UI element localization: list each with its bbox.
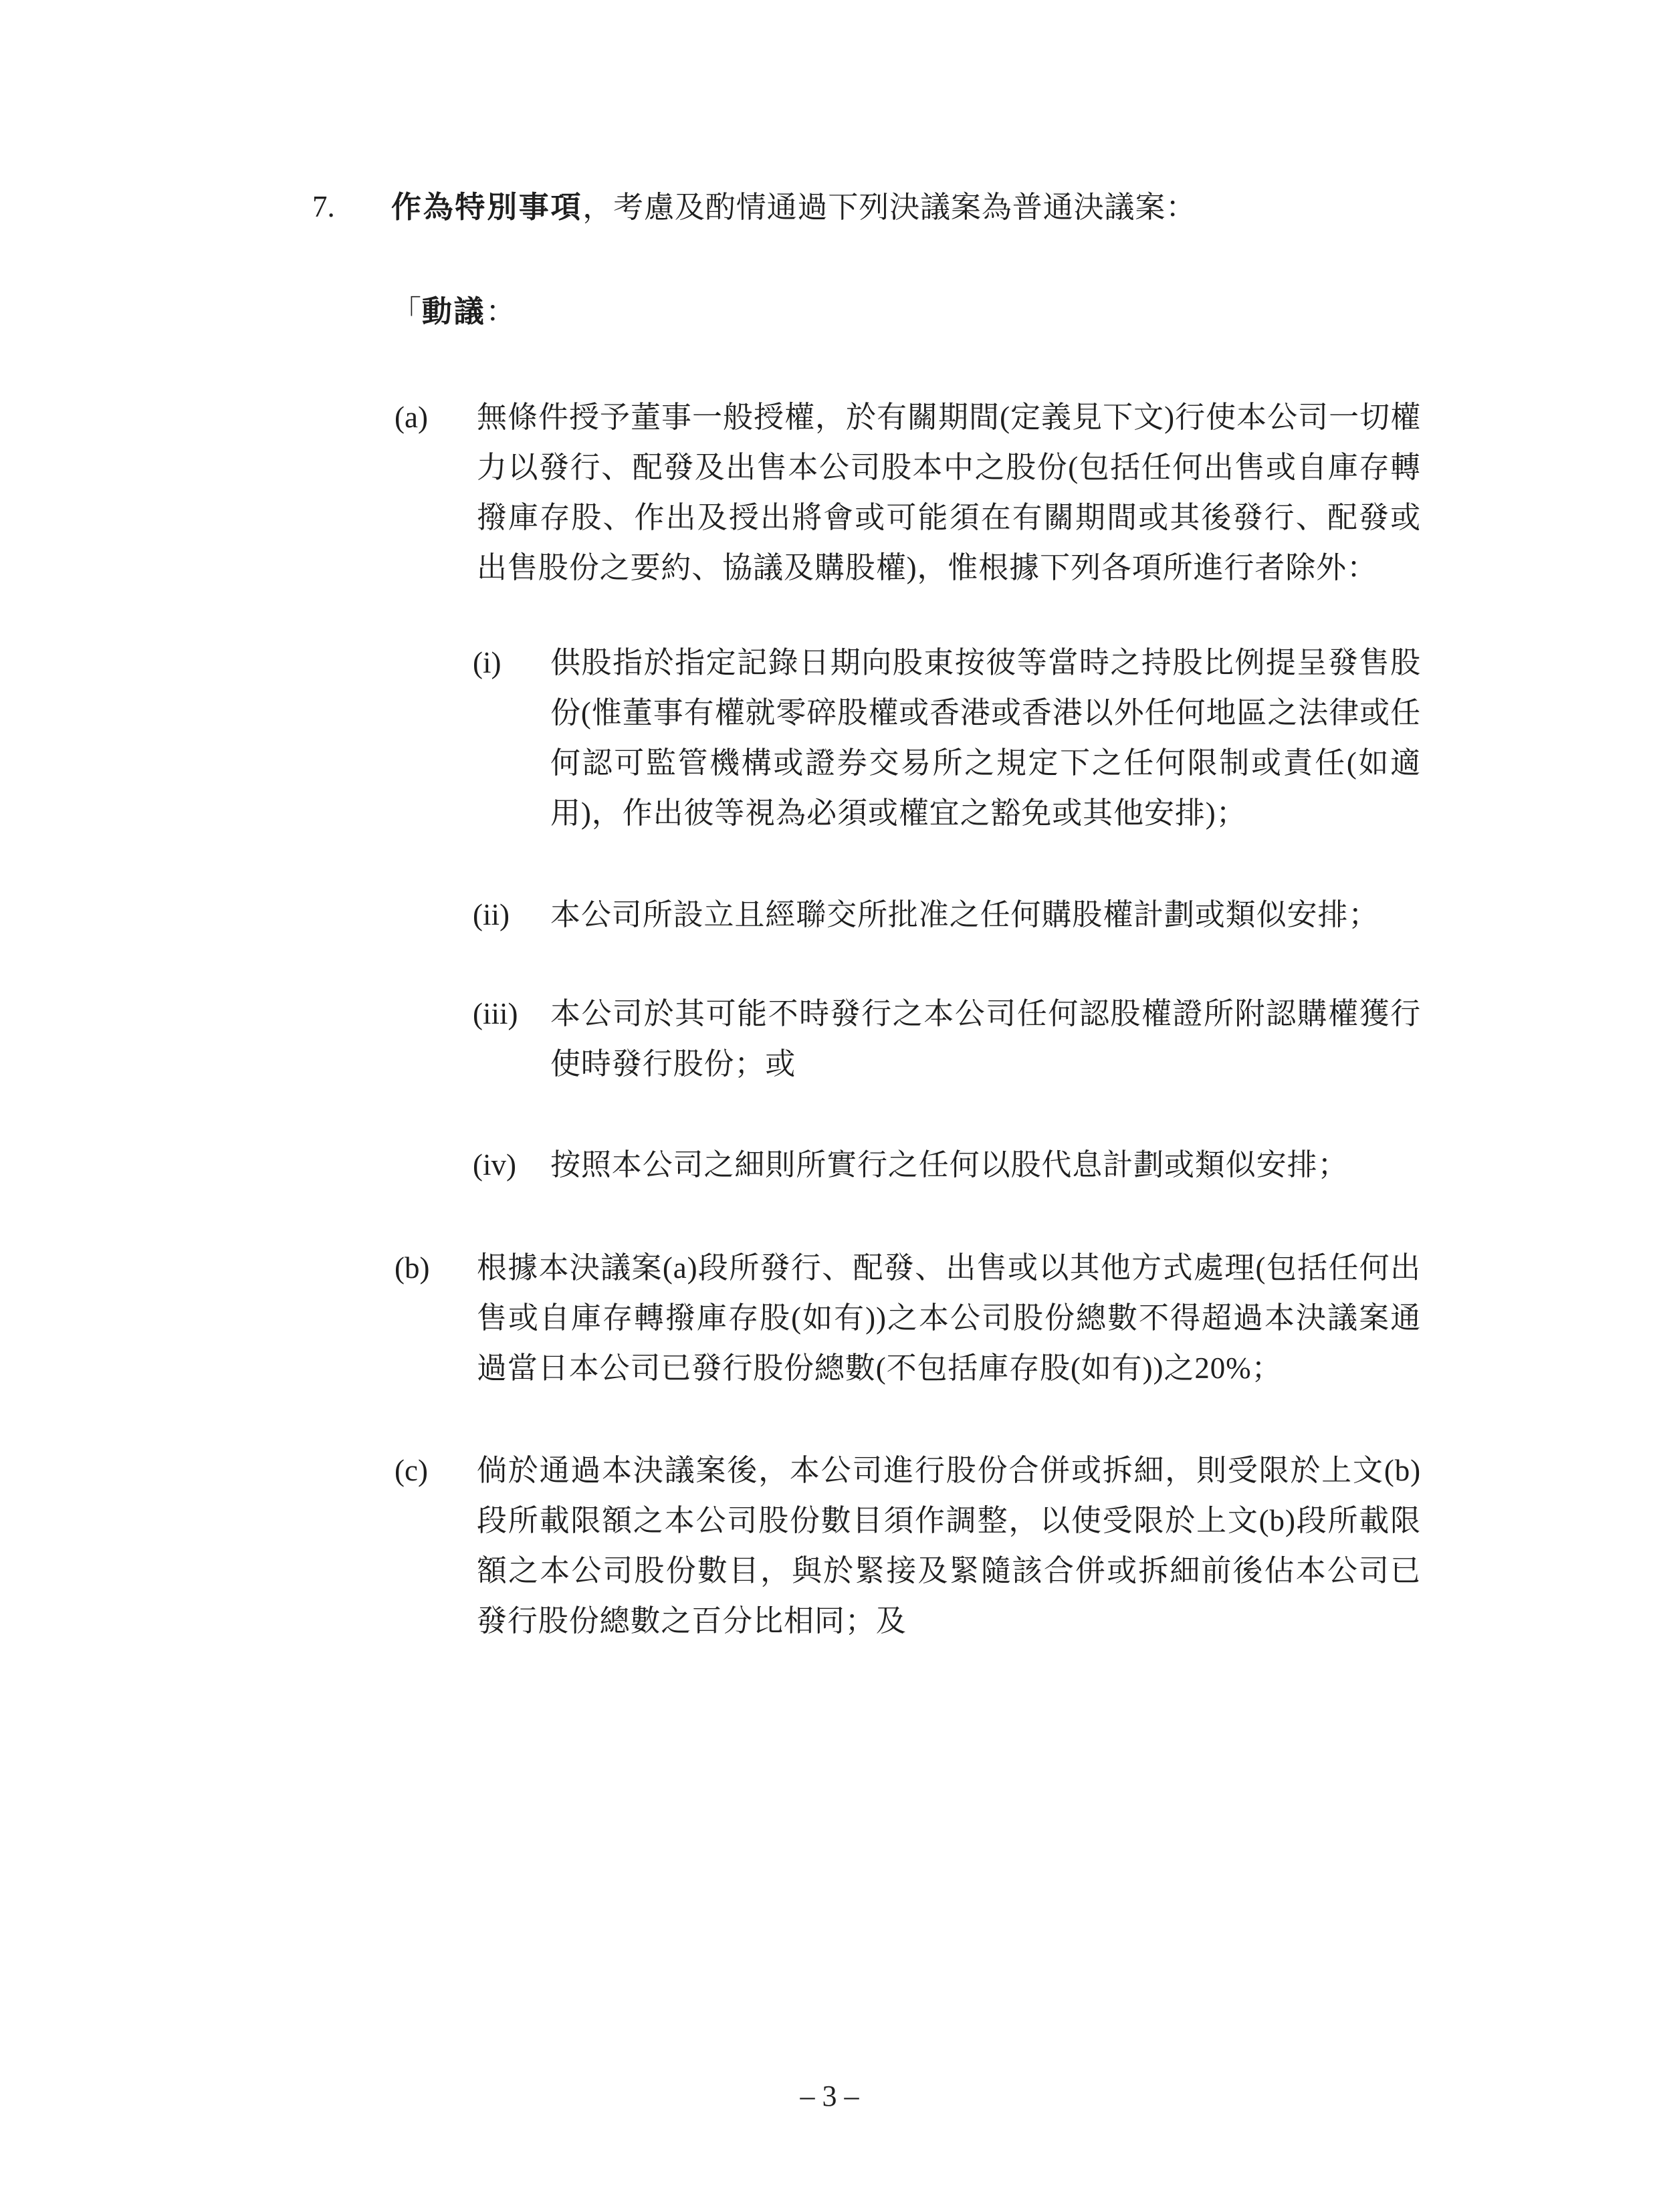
clause-a: (a) 無條件授予董事一般授權，於有關期間(定義見下文)行使本公司一切權力以發行… [395,393,1421,593]
document-body: 7. 作為特別事項，考慮及酌情通過下列決議案為普通決議案： 「動議： (a) 無… [312,182,1421,1646]
item-7-heading-rest: ，考慮及酌情通過下列決議案為普通決議案： [582,191,1196,224]
subclause-ii-text: 本公司所設立且經聯交所批准之任何購股權計劃或類似安排； [550,890,1421,940]
motion-line: 「動議： [391,286,1421,337]
motion-colon: ： [485,295,516,328]
clause-a-label: (a) [395,393,477,443]
item-7-heading-text: 作為特別事項，考慮及酌情通過下列決議案為普通決議案： [391,182,1421,233]
clause-c-label: (c) [395,1446,477,1496]
clause-c: (c) 倘於通過本決議案後，本公司進行股份合併或拆細，則受限於上文(b)段所載限… [395,1446,1421,1646]
clause-b-text: 根據本決議案(a)段所發行、配發、出售或以其他方式處理(包括任何出售或自庫存轉撥… [477,1243,1421,1394]
subclause-iii-text: 本公司於其可能不時發行之本公司任何認股權證所附認購權獲行使時發行股份；或 [550,989,1421,1089]
clause-b: (b) 根據本決議案(a)段所發行、配發、出售或以其他方式處理(包括任何出售或自… [395,1243,1421,1394]
subclause-iii: (iii) 本公司於其可能不時發行之本公司任何認股權證所附認購權獲行使時發行股份… [473,989,1421,1089]
item-7-heading-bold: 作為特別事項 [391,190,582,224]
motion-text: 「動議： [391,286,1421,337]
clause-a-text: 無條件授予董事一般授權，於有關期間(定義見下文)行使本公司一切權力以發行、配發及… [477,393,1421,593]
item-7-heading: 7. 作為特別事項，考慮及酌情通過下列決議案為普通決議案： [312,182,1421,233]
document-page: 7. 作為特別事項，考慮及酌情通過下列決議案為普通決議案： 「動議： (a) 無… [0,0,1659,2212]
motion-open-bracket: 「 [391,295,422,328]
subclause-iii-label: (iii) [473,989,550,1039]
subclause-iv: (iv) 按照本公司之細則所實行之任何以股代息計劃或類似安排； [473,1140,1421,1190]
motion-bold: 動議 [422,294,485,328]
item-7-number: 7. [312,182,391,232]
clause-c-text: 倘於通過本決議案後，本公司進行股份合併或拆細，則受限於上文(b)段所載限額之本公… [477,1446,1421,1646]
subclause-ii: (ii) 本公司所設立且經聯交所批准之任何購股權計劃或類似安排； [473,890,1421,940]
subclause-i: (i) 供股指於指定記錄日期向股東按彼等當時之持股比例提呈發售股份(惟董事有權就… [473,638,1421,839]
subclause-iv-label: (iv) [473,1140,550,1190]
subclause-ii-label: (ii) [473,890,550,940]
subclause-iv-text: 按照本公司之細則所實行之任何以股代息計劃或類似安排； [550,1140,1421,1190]
subclause-i-text: 供股指於指定記錄日期向股東按彼等當時之持股比例提呈發售股份(惟董事有權就零碎股權… [550,638,1421,839]
subclause-i-label: (i) [473,638,550,688]
clause-b-label: (b) [395,1243,477,1293]
page-number: – 3 – [0,2076,1659,2116]
